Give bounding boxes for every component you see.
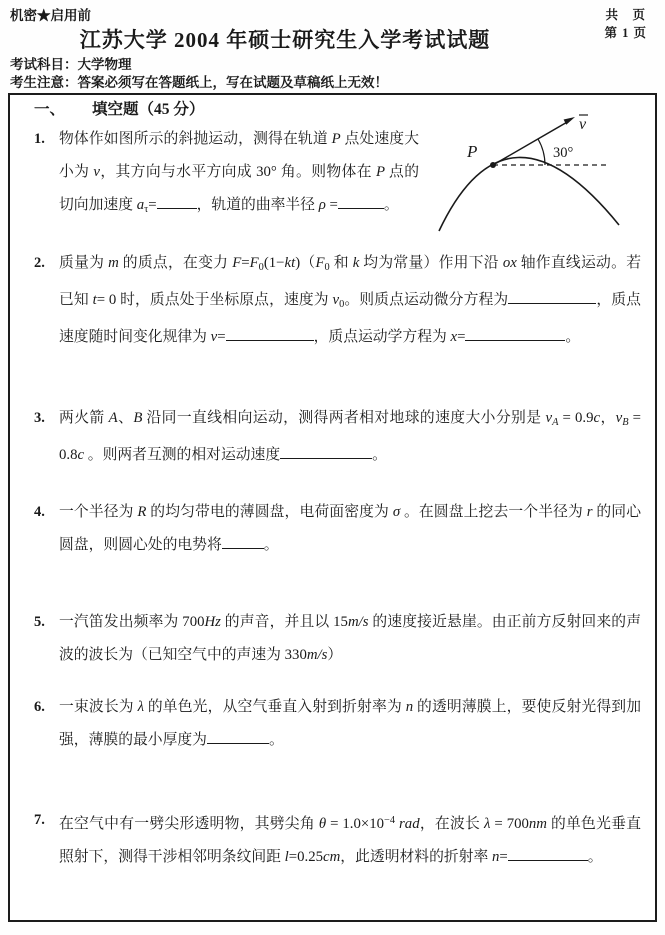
text-segment: =: [499, 849, 507, 865]
question-list: 1. P v 30° 物体作如图所示的斜抛运动，测得在轨道 P 点处速度大小为 …: [34, 123, 641, 874]
section-number: 一、: [34, 101, 65, 118]
question-text: 两火箭 A、B 沿同一直线相向运动，测得两者相对地球的速度大小分别是 vA = …: [59, 402, 641, 472]
exam-page: 机密★启用前 共 页 第 1 页 江苏大学 2004 年硕士研究生入学考试试题 …: [0, 0, 665, 935]
answer-blank: [280, 445, 372, 459]
subject-line: 考试科目：大学物理: [10, 53, 132, 73]
text-segment: = 1.0×10: [326, 816, 384, 832]
text-segment: 、: [118, 410, 134, 426]
trajectory-diagram: P v 30°: [429, 111, 641, 233]
question-number: 3.: [34, 402, 45, 435]
text-segment: 330: [285, 647, 307, 663]
text-segment: −4: [384, 815, 395, 826]
text-segment: 的声音，并且以: [221, 614, 333, 630]
text-segment: =: [241, 255, 249, 271]
notice-line: 考生注意：答案必须写在答题纸上，写在试题及草稿纸上无效！: [10, 71, 388, 91]
text-segment: 物体作如图所示的斜抛运动，测得在轨道: [59, 131, 332, 147]
text-segment: = 700: [490, 816, 528, 832]
text-segment: 沿同一直线相向运动，测得两者相对地球的速度大小分别是: [142, 410, 545, 426]
text-segment: 。: [372, 447, 387, 463]
page-total: 共 页: [604, 6, 647, 24]
text-segment: P: [332, 131, 341, 147]
question-text: 一个半径为 R 的均匀带电的薄圆盘，电荷面密度为 σ 。在圆盘上挖去一个半径为 …: [59, 496, 641, 562]
text-segment: ，在波长: [420, 816, 484, 832]
text-segment: B: [133, 410, 142, 426]
question-number: 1.: [34, 123, 45, 156]
text-segment: a: [137, 197, 144, 213]
text-segment: m/s: [348, 614, 369, 630]
question-item: 5.一汽笛发出频率为 700Hz 的声音，并且以 15m/s 的速度接近悬崖。由…: [34, 606, 641, 672]
text-segment: Hz: [205, 614, 221, 630]
text-segment: 一汽笛发出频率为: [59, 614, 182, 630]
point-p-label: P: [466, 142, 477, 161]
question-item: 1. P v 30° 物体作如图所示的斜抛运动，测得在轨道 P 点处速度大小为 …: [34, 123, 641, 235]
question-item: 6.一束波长为 λ 的单色光，从空气垂直入射到折射率为 n 的透明薄膜上，要使反…: [34, 691, 641, 757]
text-segment: 一束波长为: [59, 699, 138, 715]
text-segment: = 0.9: [558, 410, 593, 426]
classification-label: 机密★启用前: [10, 4, 91, 24]
text-segment: ，此透明材料的折射率: [340, 849, 492, 865]
text-segment: 。: [565, 329, 580, 345]
text-segment: 时，质点处于坐标原点，速度为: [116, 292, 332, 308]
question-text: 在空气中有一劈尖形透明物，其劈尖角 θ = 1.0×10−4 rad，在波长 λ…: [59, 804, 641, 874]
text-segment: m: [108, 255, 119, 271]
point-p-dot: [490, 162, 496, 168]
text-segment: F: [232, 255, 241, 271]
text-segment: =0.25: [289, 849, 323, 865]
text-segment: = 0: [97, 292, 117, 308]
question-number: 6.: [34, 691, 45, 724]
text-segment: 。则两者互测的相对运动速度: [84, 447, 280, 463]
text-segment: ，: [600, 410, 616, 426]
text-segment: v: [93, 164, 100, 180]
section-title: 填空题（45 分）: [92, 101, 204, 118]
text-segment: 质量为: [59, 255, 108, 271]
exam-title: 江苏大学 2004 年硕士研究生入学考试试题: [0, 24, 570, 54]
text-segment: 在空气中有一劈尖形透明物，其劈尖角: [59, 816, 319, 832]
text-segment: =: [148, 197, 156, 213]
text-segment: 。则质点运动微分方程为: [344, 292, 508, 308]
answer-blank: [207, 730, 269, 744]
question-number: 4.: [34, 496, 45, 529]
text-segment: (1−: [264, 255, 285, 271]
text-segment: F: [316, 255, 325, 271]
text-segment: 两火箭: [59, 410, 109, 426]
answer-blank: [508, 847, 588, 861]
answer-blank: [226, 327, 314, 341]
answer-blank: [157, 195, 197, 209]
text-segment: 。: [264, 537, 279, 553]
text-segment: 和: [330, 255, 353, 271]
question-number: 2.: [34, 247, 45, 280]
text-segment: 的单色光，从空气垂直入射到折射率为: [144, 699, 406, 715]
question-text: P v 30° 物体作如图所示的斜抛运动，测得在轨道 P 点处速度大小为 v，其…: [59, 123, 641, 226]
trajectory-curve: [439, 157, 619, 231]
text-segment: ，其方向与水平方向成: [100, 164, 256, 180]
text-segment: 。: [269, 732, 284, 748]
question-text: 一汽笛发出频率为 700Hz 的声音，并且以 15m/s 的速度接近悬崖。由正前…: [59, 606, 641, 672]
text-segment: kt: [285, 255, 296, 271]
text-segment: 30°: [256, 164, 277, 180]
text-segment: 。: [384, 197, 399, 213]
text-segment: ρ: [319, 197, 326, 213]
text-segment: 700: [182, 614, 204, 630]
text-segment: ox: [503, 255, 517, 271]
text-segment: =: [217, 329, 225, 345]
answer-blank: [222, 535, 264, 549]
question-item: 4.一个半径为 R 的均匀带电的薄圆盘，电荷面密度为 σ 。在圆盘上挖去一个半径…: [34, 496, 641, 562]
angle-label: 30°: [553, 145, 574, 161]
text-segment: F: [250, 255, 259, 271]
question-number: 5.: [34, 606, 45, 639]
question-item: 2.质量为 m 的质点，在变力 F=F0(1−kt)（F0 和 k 均为常量）作…: [34, 247, 641, 354]
text-segment: ，轨道的曲率半径: [197, 197, 319, 213]
text-segment: 的均匀带电的薄圆盘，电荷面密度为: [146, 504, 392, 520]
question-text: 质量为 m 的质点，在变力 F=F0(1−kt)（F0 和 k 均为常量）作用下…: [59, 247, 641, 354]
text-segment: m/s: [307, 647, 328, 663]
text-segment: =: [326, 197, 338, 213]
questions-box: 一、填空题（45 分） 1. P v 30° 物体作如图所示的斜抛运动，测得在轨…: [8, 93, 657, 922]
text-segment: 15: [333, 614, 348, 630]
text-segment: 一个半径为: [59, 504, 137, 520]
text-segment: cm: [323, 849, 340, 865]
question-text: 一束波长为 λ 的单色光，从空气垂直入射到折射率为 n 的透明薄膜上，要使反射光…: [59, 691, 641, 757]
text-segment: P: [376, 164, 385, 180]
text-segment: A: [109, 410, 118, 426]
question-item: 3.两火箭 A、B 沿同一直线相向运动，测得两者相对地球的速度大小分别是 vA …: [34, 402, 641, 472]
answer-blank: [338, 195, 384, 209]
text-segment: 。在圆盘上挖去一个半径为: [400, 504, 587, 520]
page-info: 共 页 第 1 页: [604, 6, 647, 42]
text-segment: =: [457, 329, 465, 345]
text-segment: rad: [395, 816, 420, 832]
velocity-label: v: [579, 116, 587, 133]
answer-blank: [465, 327, 565, 341]
text-segment: 均为常量）作用下沿: [359, 255, 503, 271]
question-number: 7.: [34, 804, 45, 837]
text-segment: ）: [327, 647, 342, 663]
text-segment: nm: [529, 816, 547, 832]
text-segment: 角。则物体在: [277, 164, 376, 180]
text-segment: （: [300, 255, 315, 271]
page-current: 第 1 页: [604, 24, 647, 42]
text-segment: 的质点，在变力: [119, 255, 232, 271]
text-segment: ，质点运动学方程为: [314, 329, 451, 345]
question-item: 7.在空气中有一劈尖形透明物，其劈尖角 θ = 1.0×10−4 rad，在波长…: [34, 804, 641, 874]
text-segment: 。: [588, 849, 603, 865]
answer-blank: [508, 290, 596, 304]
